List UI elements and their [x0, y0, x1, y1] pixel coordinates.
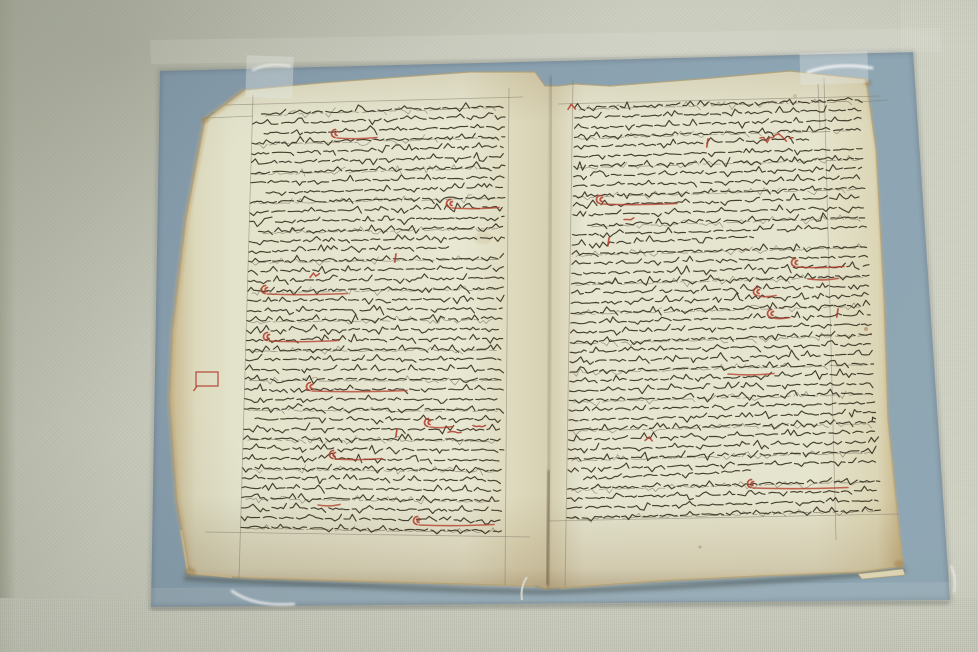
manuscript-photo-overlay	[0, 0, 978, 652]
worn-corner-spot	[894, 560, 904, 568]
worn-corner-spot	[184, 567, 196, 577]
open-manuscript-sheet	[170, 71, 905, 589]
tape-top-left	[245, 55, 293, 99]
display-case-photo	[0, 0, 978, 652]
parchment-shading	[170, 71, 903, 589]
tape-top-right	[799, 51, 868, 85]
